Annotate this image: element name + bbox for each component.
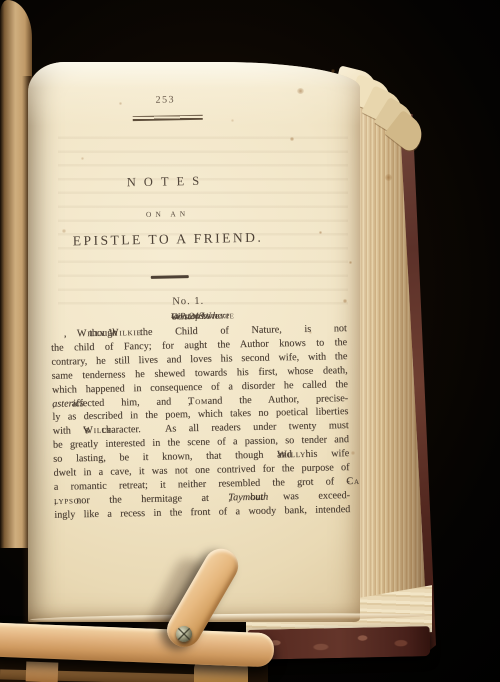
foxing-spot: [385, 174, 392, 181]
book-photograph: 253 NOTES ON AN EPISTLE TO A FRIEND. No.…: [0, 0, 500, 682]
epistle-title: EPISTLE TO A FRIEND.: [28, 229, 308, 250]
notes-title: NOTES: [27, 172, 307, 192]
screw-head: [176, 626, 192, 642]
notes-subtitle: ON AN: [28, 207, 308, 221]
page-number: 253: [25, 92, 305, 108]
stand-leg: [26, 661, 59, 682]
title-rule: [151, 275, 189, 279]
page-number-rule: [133, 115, 203, 121]
marbled-bottom-board: [248, 626, 431, 660]
note-number: No. 1.: [33, 293, 343, 310]
printed-page-text: 253 NOTES ON AN EPISTLE TO A FRIEND. No.…: [25, 57, 366, 623]
note-body: Willy Wilkie, though the Child of Nature…: [51, 322, 351, 522]
